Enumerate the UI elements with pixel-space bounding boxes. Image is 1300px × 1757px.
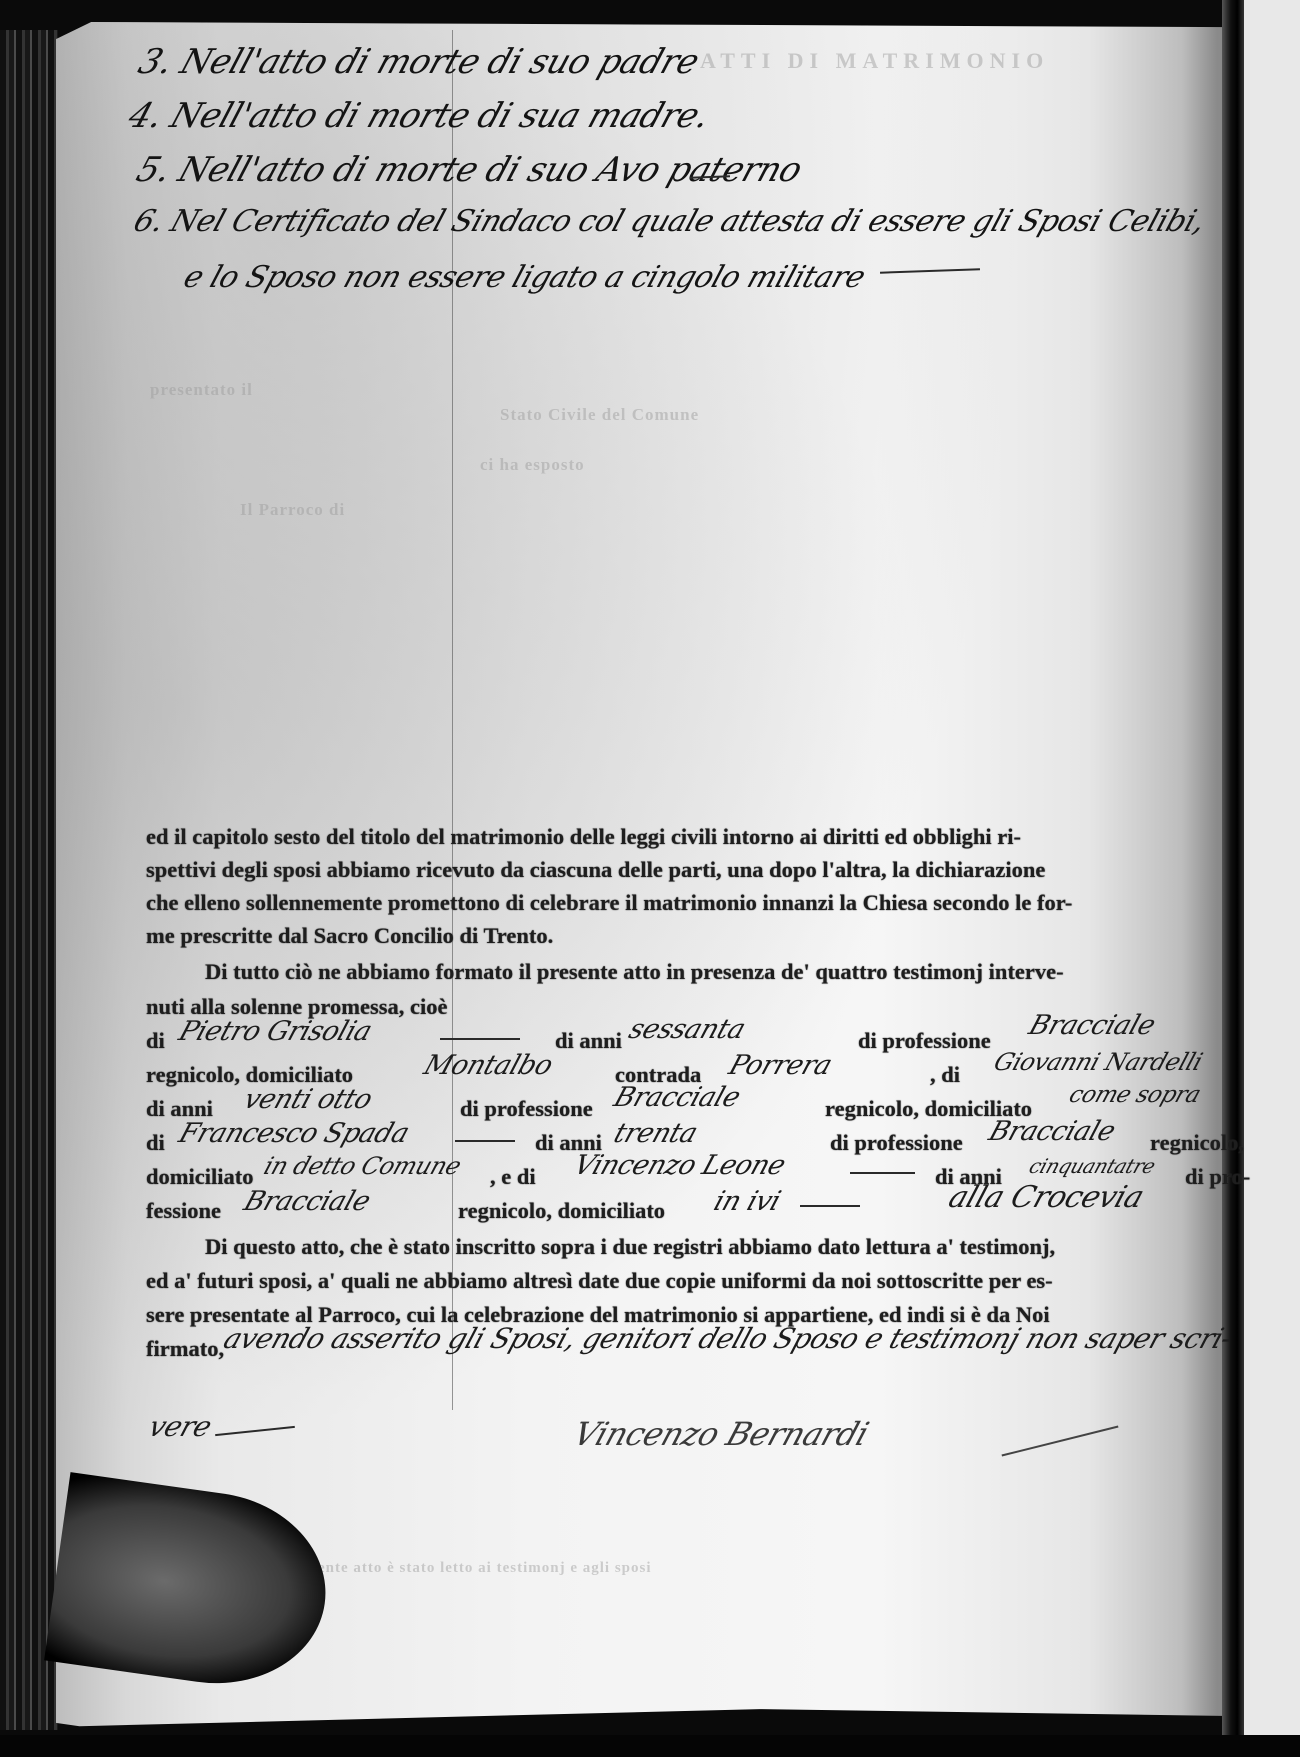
printed-line: me prescritte dal Sacro Concilio di Tren…: [146, 919, 1266, 952]
printed-label: di professione: [830, 1126, 963, 1159]
witness-profession: Bracciale: [240, 1186, 374, 1217]
printed-label: di professione: [460, 1092, 593, 1125]
list-item-6: 6. Nel Certificato del Sindaco col quale…: [129, 204, 1209, 239]
printed-label: , di: [930, 1058, 960, 1091]
printed-line: spettivi degli sposi abbiamo ricevuto da…: [146, 853, 1266, 886]
witness-profession: Bracciale: [610, 1082, 744, 1113]
witness-age: sessanta: [625, 1014, 749, 1045]
bleed-through-header: ATTI DI MATRIMONIO: [700, 48, 1049, 74]
printed-line: ed a' futuri sposi, a' quali ne abbiamo …: [146, 1264, 1266, 1297]
witness-domicile: come sopra: [1066, 1082, 1204, 1108]
witness-street: Porrera: [725, 1050, 836, 1081]
list-item-4: 4. Nell'atto di morte di sua madre.: [124, 96, 715, 136]
witness-profession: Bracciale: [1025, 1010, 1159, 1041]
bleed-through-fragment: presentato il: [150, 380, 253, 400]
dash-rule: [850, 1172, 915, 1174]
witness-age: venti otto: [240, 1084, 376, 1115]
printed-label: , e di: [490, 1160, 536, 1193]
witness-domicile: in ivi: [710, 1186, 784, 1217]
book-spine: [0, 30, 58, 1730]
witness-age: trenta: [610, 1118, 701, 1149]
printed-line: Di tutto ciò ne abbiamo formato il prese…: [205, 955, 1300, 988]
witness-name: Francesco Spada: [175, 1118, 413, 1149]
list-item-6-cont: e lo Sposo non essere ligato a cingolo m…: [179, 260, 869, 295]
scan-border: [0, 1735, 1300, 1757]
printed-label: regnicolo, domiciliato: [458, 1194, 665, 1227]
witness-age: cinquantatre: [1026, 1154, 1158, 1178]
bleed-through-bottom: Il presente atto è stato letto ai testim…: [270, 1560, 652, 1577]
bleed-through-fragment: Stato Civile del Comune: [500, 405, 699, 425]
witness-street: alla Crocevia: [944, 1180, 1148, 1215]
printed-label: di: [146, 1126, 165, 1159]
printed-label: di: [146, 1024, 165, 1057]
dash-rule: [455, 1140, 515, 1142]
printed-label: di professione: [858, 1024, 991, 1057]
dash-rule: [440, 1038, 520, 1040]
list-text: Nell'atto di morte di suo Avo paterno: [173, 150, 807, 190]
bleed-through-fragment: Il Parroco di: [240, 500, 345, 520]
witness-domicile: in detto Comune: [260, 1152, 464, 1180]
printed-label: di anni: [555, 1024, 622, 1057]
witness-name: Vincenzo Leone: [570, 1150, 789, 1181]
dash-rule: [800, 1205, 860, 1207]
printed-line: firmato,: [146, 1332, 224, 1365]
witness-name: Giovanni Nardelli: [990, 1048, 1205, 1076]
printed-line: che ellenо sollennemente promettono di c…: [146, 886, 1266, 919]
printed-label: fessione: [146, 1194, 221, 1227]
handwritten-closing-cont: vere: [145, 1410, 216, 1443]
witness-domicile: Montalbo: [420, 1050, 556, 1081]
list-item-5: 5. Nell'atto di morte di suo Avo paterno: [132, 150, 807, 190]
printed-label: regnicolo,: [1150, 1126, 1244, 1159]
witness-name: Pietro Grisolia: [175, 1016, 376, 1047]
handwritten-closing: avendo asserito gli Sposi, genitori dell…: [220, 1322, 1237, 1355]
list-text: Nell'atto di morte di sua madre.: [165, 96, 714, 136]
list-text: Nell'atto di morte di suo padre: [175, 42, 704, 82]
printed-label: di pro-: [1185, 1160, 1250, 1193]
printed-label: domiciliato: [146, 1160, 254, 1193]
official-signature: Vincenzo Bernardi: [569, 1415, 873, 1453]
printed-line: ed il capitolo sesto del titolo del matr…: [146, 820, 1266, 853]
witness-profession: Bracciale: [985, 1116, 1119, 1147]
printed-line: Di questo atto, che è stato inscritto so…: [205, 1230, 1300, 1263]
list-item-3: 3. Nell'atto di morte di suo padre: [134, 42, 704, 82]
list-text: e lo Sposo non essere ligato a cingolo m…: [179, 260, 869, 295]
bleed-through-fragment: ci ha esposto: [480, 455, 585, 475]
list-text: Nel Certificato del Sindaco col quale at…: [166, 204, 1209, 239]
